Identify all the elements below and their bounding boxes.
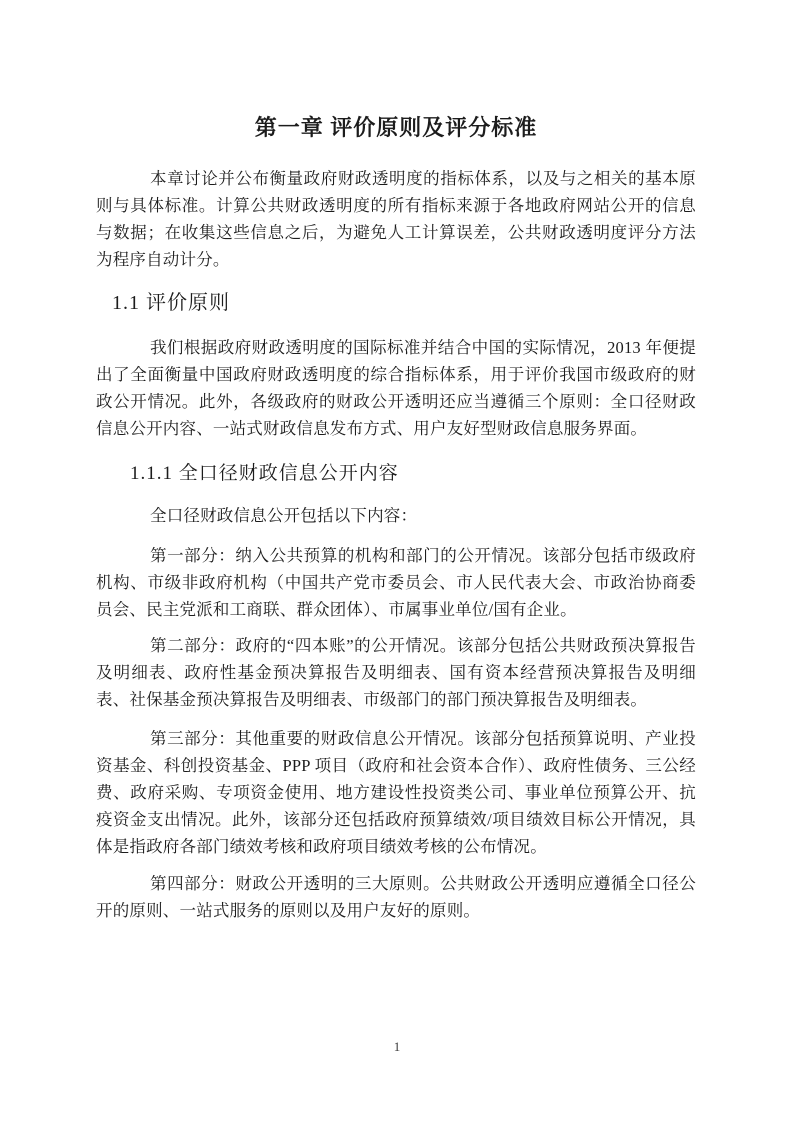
section-1-1-heading: 1.1 评价原则 xyxy=(96,289,696,317)
section-1-1-1-heading: 1.1.1 全口径财政信息公开内容 xyxy=(96,460,696,487)
part-one-paragraph: 第一部分：纳入公共预算的机构和部门的公开情况。该部分包括市级政府机构、市级非政府… xyxy=(96,542,696,623)
page-number: 1 xyxy=(0,1038,794,1056)
part-three-paragraph: 第三部分：其他重要的财政信息公开情况。该部分包括预算说明、产业投资基金、科创投资… xyxy=(96,725,696,860)
part-two-paragraph: 第二部分：政府的“四本账”的公开情况。该部分包括公共财政预决算报告及明细表、政府… xyxy=(96,632,696,713)
document-page: 第一章 评价原则及评分标准 本章讨论并公布衡量政府财政透明度的指标体系，以及与之… xyxy=(0,0,794,1123)
intro-paragraph: 本章讨论并公布衡量政府财政透明度的指标体系，以及与之相关的基本原则与具体标准。计… xyxy=(96,165,696,273)
chapter-title: 第一章 评价原则及评分标准 xyxy=(96,113,696,143)
lead-paragraph: 全口径财政信息公开包括以下内容： xyxy=(96,502,696,529)
section-1-1-paragraph: 我们根据政府财政透明度的国际标准并结合中国的实际情况，2013 年便提出了全面衡… xyxy=(96,334,696,442)
part-four-paragraph: 第四部分：财政公开透明的三大原则。公共财政公开透明应遵循全口径公开的原则、一站式… xyxy=(96,870,696,924)
